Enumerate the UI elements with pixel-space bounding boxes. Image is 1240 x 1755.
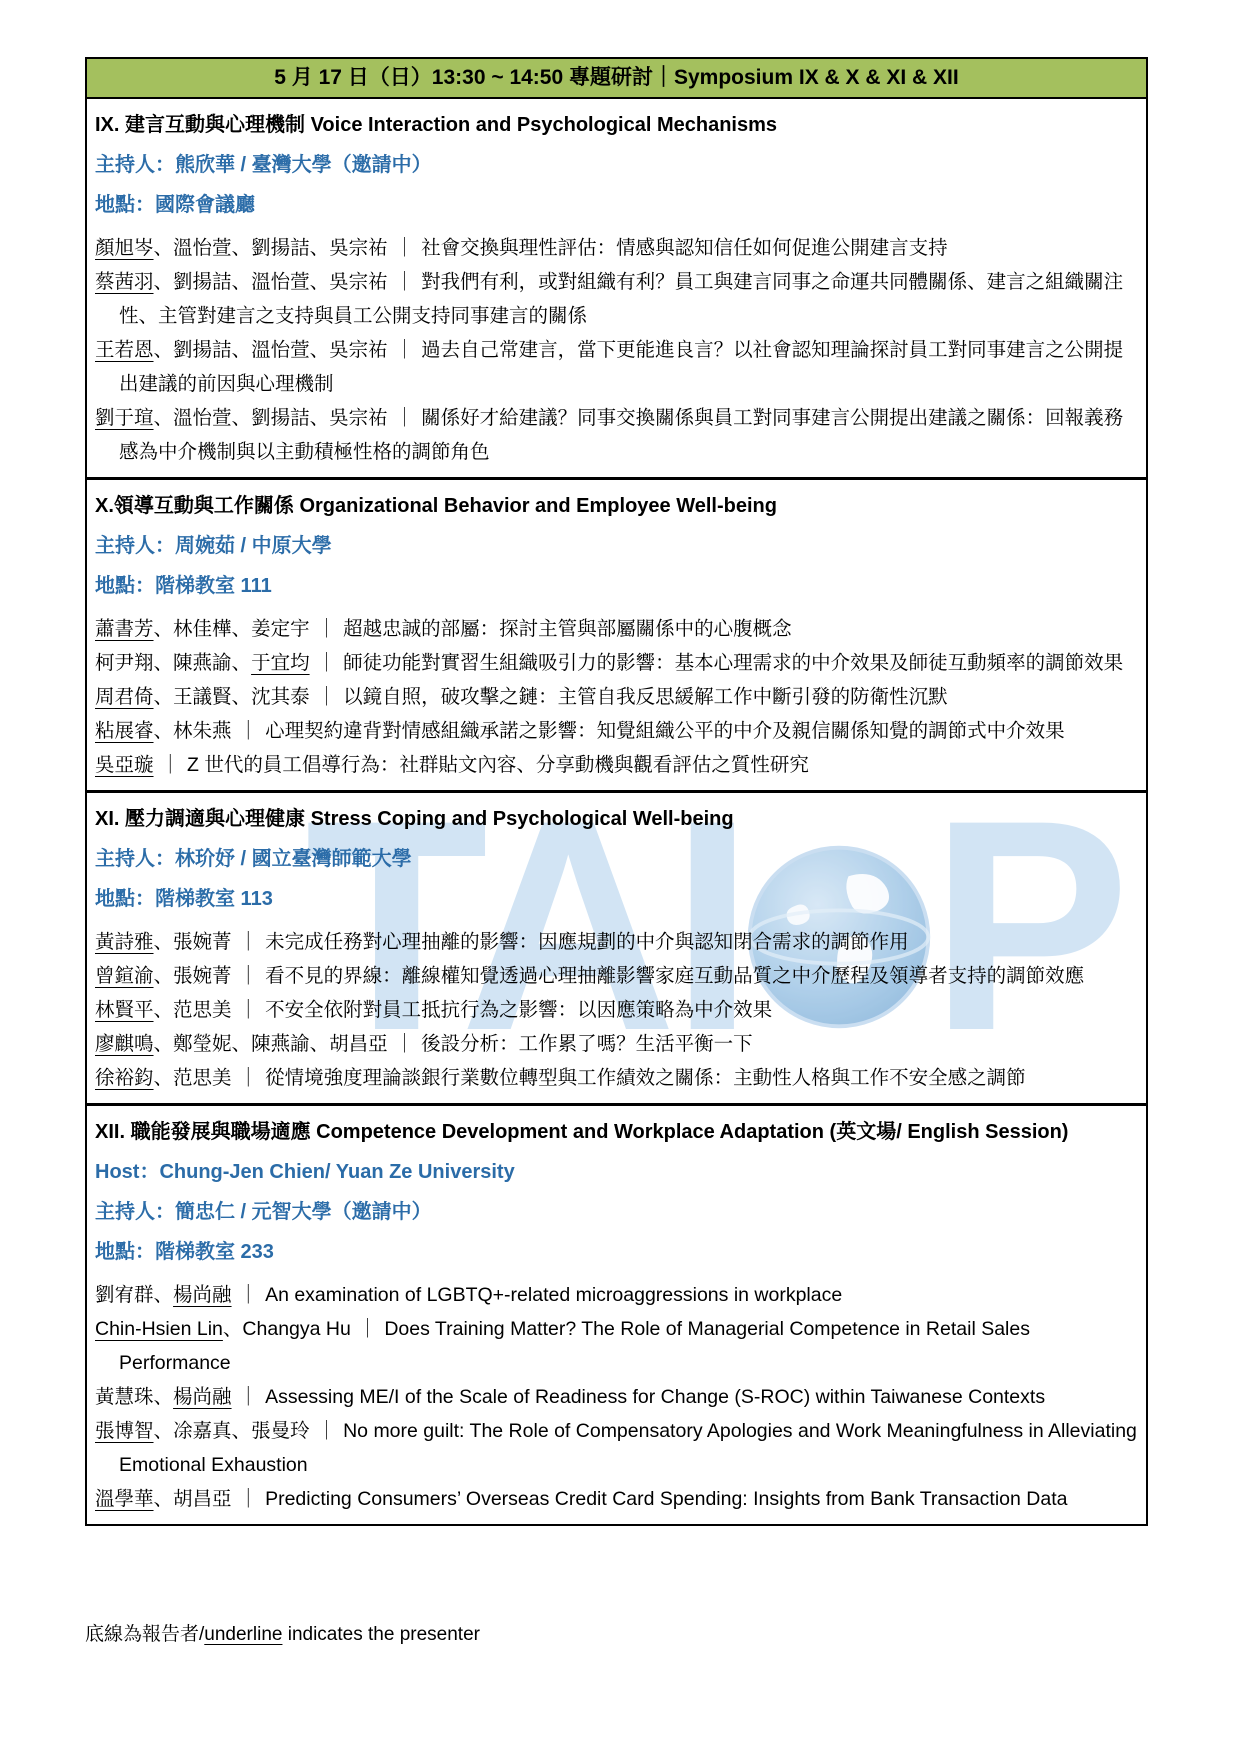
author-name: 溫怡萱 [173, 237, 232, 259]
paper-list: 劉宥群、楊尚融｜An examination of LGBTQ+-related… [95, 1278, 1138, 1516]
author-name: 柯尹翔 [95, 652, 154, 674]
paper-title: An examination of LGBTQ+-related microag… [265, 1284, 842, 1306]
pipe-separator: ｜ [358, 1318, 378, 1340]
author-name: 溫怡萱 [251, 271, 310, 293]
host-line: Host：Chung-Jen Chien/ Yuan Ze University [95, 1158, 1138, 1186]
paper-title: Predicting Consumers’ Overseas Credit Ca… [265, 1488, 1067, 1510]
presenter-name: 蕭書芳 [95, 618, 154, 640]
paper-title: 社會交換與理性評估：情感與認知信任如何促進公開建言支持 [421, 237, 948, 259]
author-name: 黃慧珠 [95, 1386, 154, 1408]
pipe-separator: ｜ [239, 931, 259, 953]
symposium-section: IX. 建言互動與心理機制 Voice Interaction and Psyc… [87, 99, 1146, 477]
paper-entry: 劉于瑄、溫怡萱、劉揚詰、吳宗祐｜關係好才給建議？同事交換關係與員工對同事建言公開… [95, 401, 1138, 469]
paper-title: 不安全依附對員工抵抗行為之影響：以因應策略為中介效果 [265, 999, 772, 1021]
author-separator: 、 [154, 652, 174, 674]
author-separator: 、 [154, 931, 174, 953]
author-name: 胡昌亞 [173, 1488, 232, 1510]
footer-note: 底線為報告者/underline indicates the presenter [85, 1622, 480, 1648]
presenter-name: 楊尚融 [173, 1284, 232, 1306]
author-name: 張曼玲 [251, 1420, 310, 1442]
pipe-separator: ｜ [317, 618, 337, 640]
pipe-separator: ｜ [395, 339, 415, 361]
presenter-name: 于宜均 [251, 652, 310, 674]
author-separator: 、 [232, 271, 252, 293]
author-name: 陳燕諭 [251, 1033, 310, 1055]
presenter-name: 溫學華 [95, 1488, 154, 1510]
paper-entry: 徐裕鈞、范思美｜從情境強度理論談銀行業數位轉型與工作績效之關係：主動性人格與工作… [95, 1061, 1138, 1095]
author-separator: 、 [232, 1033, 252, 1055]
presenter-name: 粘展睿 [95, 720, 154, 742]
pipe-separator: ｜ [239, 965, 259, 987]
presenter-name: 黃詩雅 [95, 931, 154, 953]
author-separator: 、 [232, 1420, 252, 1442]
paper-entry: 黃慧珠、楊尚融｜Assessing ME/I of the Scale of R… [95, 1380, 1138, 1414]
pipe-separator: ｜ [317, 652, 337, 674]
paper-list: 顏旭岑、溫怡萱、劉揚詰、吳宗祐｜社會交換與理性評估：情感與認知信任如何促進公開建… [95, 231, 1138, 469]
chair-line: 主持人：林玠妤 / 國立臺灣師範大學 [95, 845, 1138, 873]
pipe-separator: ｜ [317, 686, 337, 708]
author-separator: 、 [232, 618, 252, 640]
pipe-separator: ｜ [317, 1420, 337, 1442]
presenter-name: Chin-Hsien Lin [95, 1318, 223, 1340]
pipe-separator: ｜ [239, 1284, 259, 1306]
paper-list: 黃詩雅、張婉菁｜未完成任務對心理抽離的影響：因應規劃的中介與認知閉合需求的調節作… [95, 925, 1138, 1095]
author-name: 林佳樺 [173, 618, 232, 640]
footer-prefix: 底線為報告者/ [85, 1624, 204, 1645]
author-separator: 、 [154, 1284, 174, 1306]
paper-entry: 王若恩、劉揚詰、溫怡萱、吳宗祐｜過去自己常建言，當下更能進良言？以社會認知理論探… [95, 333, 1138, 401]
paper-title: 心理契約違背對情感組織承諾之影響：知覺組織公平的中介及親信關係知覺的調節式中介效… [265, 720, 1065, 742]
presenter-name: 廖麒鳴 [95, 1033, 154, 1055]
author-separator: 、 [232, 339, 252, 361]
paper-entry: 劉宥群、楊尚融｜An examination of LGBTQ+-related… [95, 1278, 1138, 1312]
paper-list: 蕭書芳、林佳樺、姜定宇｜超越忠誠的部屬：探討主管與部屬關係中的心腹概念柯尹翔、陳… [95, 612, 1138, 782]
session-header: 5 月 17 日（日）13:30 ~ 14:50 專題研討｜Symposium … [87, 59, 1146, 99]
paper-title: 從情境強度理論談銀行業數位轉型與工作績效之關係：主動性人格與工作不安全感之調節 [265, 1067, 1026, 1089]
pipe-separator: ｜ [239, 1067, 259, 1089]
author-separator: 、 [154, 720, 174, 742]
author-name: 姜定宇 [251, 618, 310, 640]
paper-title: Assessing ME/I of the Scale of Readiness… [265, 1386, 1045, 1408]
location-line: 地點：階梯教室 113 [95, 885, 1138, 913]
location-line: 地點：國際會議廳 [95, 191, 1138, 219]
author-separator: 、 [154, 1488, 174, 1510]
author-separator: 、 [310, 1033, 330, 1055]
paper-entry: 吳亞璇｜Z 世代的員工倡導行為：社群貼文內容、分享動機與觀看評估之質性研究 [95, 748, 1138, 782]
footer-suffix: indicates the presenter [282, 1624, 480, 1645]
presenter-name: 劉于瑄 [95, 407, 154, 429]
presenter-name: 張博智 [95, 1420, 154, 1442]
symposium-section: XI. 壓力調適與心理健康 Stress Coping and Psycholo… [87, 790, 1146, 1103]
paper-entry: 蔡茜羽、劉揚詰、溫怡萱、吳宗祐｜對我們有利，或對組織有利？員工與建言同事之命運共… [95, 265, 1138, 333]
author-separator: 、 [223, 1318, 243, 1340]
symposium-section: X.領導互動與工作關係 Organizational Behavior and … [87, 477, 1146, 790]
paper-title: 以鏡自照，破攻擊之鏈：主管自我反思緩解工作中斷引發的防衛性沉默 [343, 686, 948, 708]
author-name: 林朱燕 [173, 720, 232, 742]
paper-entry: 顏旭岑、溫怡萱、劉揚詰、吳宗祐｜社會交換與理性評估：情感與認知信任如何促進公開建… [95, 231, 1138, 265]
author-separator: 、 [154, 1386, 174, 1408]
author-separator: 、 [232, 652, 252, 674]
author-name: 張婉菁 [173, 931, 232, 953]
presenter-name: 顏旭岑 [95, 237, 154, 259]
paper-title: 看不見的界線：離線權知覺透過心理抽離影響家庭互動品質之中介歷程及領導者支持的調節… [265, 965, 1084, 987]
author-separator: 、 [154, 999, 174, 1021]
presenter-name: 楊尚融 [173, 1386, 232, 1408]
author-separator: 、 [232, 237, 252, 259]
paper-entry: 粘展睿、林朱燕｜心理契約違背對情感組織承諾之影響：知覺組織公平的中介及親信關係知… [95, 714, 1138, 748]
paper-title: 超越忠誠的部屬：探討主管與部屬關係中的心腹概念 [343, 618, 792, 640]
author-name: 溫怡萱 [251, 339, 310, 361]
paper-entry: 曾鍹渝、張婉菁｜看不見的界線：離線權知覺透過心理抽離影響家庭互動品質之中介歷程及… [95, 959, 1138, 993]
author-name: Changya Hu [242, 1318, 350, 1340]
pipe-separator: ｜ [395, 1033, 415, 1055]
author-name: 范思美 [173, 999, 232, 1021]
chair-line: 主持人：熊欣華 / 臺灣大學（邀請中） [95, 151, 1138, 179]
author-separator: 、 [154, 686, 174, 708]
author-separator: 、 [154, 965, 174, 987]
chair-line: 主持人：周婉茹 / 中原大學 [95, 532, 1138, 560]
author-name: 劉揚詰 [173, 271, 232, 293]
pipe-separator: ｜ [395, 271, 415, 293]
paper-entry: 黃詩雅、張婉菁｜未完成任務對心理抽離的影響：因應規劃的中介與認知閉合需求的調節作… [95, 925, 1138, 959]
author-separator: 、 [154, 1033, 174, 1055]
paper-entry: 柯尹翔、陳燕諭、于宜均｜師徒功能對實習生組織吸引力的影響：基本心理需求的中介效果… [95, 646, 1138, 680]
presenter-name: 周君倚 [95, 686, 154, 708]
section-title: IX. 建言互動與心理機制 Voice Interaction and Psyc… [95, 111, 1138, 139]
author-name: 胡昌亞 [329, 1033, 388, 1055]
author-separator: 、 [154, 1067, 174, 1089]
location-line: 地點：階梯教室 111 [95, 572, 1138, 600]
paper-entry: 廖麒鳴、鄭瑩妮、陳燕諭、胡昌亞｜後設分析：工作累了嗎？生活平衡一下 [95, 1027, 1138, 1061]
symposium-section: XII. 職能發展與職場適應 Competence Development an… [87, 1103, 1146, 1524]
paper-entry: 溫學華、胡昌亞｜Predicting Consumers’ Overseas C… [95, 1482, 1138, 1516]
author-name: 沈其泰 [251, 686, 310, 708]
author-name: 吳宗祐 [329, 339, 388, 361]
pipe-separator: ｜ [161, 754, 181, 776]
author-separator: 、 [154, 339, 174, 361]
section-title: X.領導互動與工作關係 Organizational Behavior and … [95, 492, 1138, 520]
presenter-name: 蔡茜羽 [95, 271, 154, 293]
author-name: 范思美 [173, 1067, 232, 1089]
author-name: 溫怡萱 [173, 407, 232, 429]
program-table: 5 月 17 日（日）13:30 ~ 14:50 專題研討｜Symposium … [85, 57, 1148, 1526]
author-name: 吳宗祐 [329, 271, 388, 293]
author-name: 王議賢 [173, 686, 232, 708]
author-separator: 、 [154, 1420, 174, 1442]
author-separator: 、 [310, 339, 330, 361]
author-separator: 、 [232, 686, 252, 708]
author-separator: 、 [154, 271, 174, 293]
paper-title: 後設分析：工作累了嗎？生活平衡一下 [421, 1033, 753, 1055]
location-line: 地點：階梯教室 233 [95, 1238, 1138, 1266]
presenter-name: 曾鍹渝 [95, 965, 154, 987]
author-separator: 、 [154, 237, 174, 259]
author-separator: 、 [232, 407, 252, 429]
author-name: 劉宥群 [95, 1284, 154, 1306]
author-name: 張婉菁 [173, 965, 232, 987]
author-name: 劉揚詰 [173, 339, 232, 361]
paper-entry: Chin-Hsien Lin、Changya Hu｜Does Training … [95, 1312, 1138, 1380]
presenter-name: 徐裕鈞 [95, 1067, 154, 1089]
author-name: 劉揚詰 [251, 407, 310, 429]
presenter-name: 林賢平 [95, 999, 154, 1021]
section-title: XI. 壓力調適與心理健康 Stress Coping and Psycholo… [95, 805, 1138, 833]
footer-underlined-word: underline [204, 1624, 282, 1645]
program-page: TAI P 5 月 17 日（日）13:30 ~ 14:50 專題研討｜S [0, 0, 1240, 1755]
author-name: 鄭瑩妮 [173, 1033, 232, 1055]
paper-entry: 蕭書芳、林佳樺、姜定宇｜超越忠誠的部屬：探討主管與部屬關係中的心腹概念 [95, 612, 1138, 646]
author-name: 凃嘉真 [173, 1420, 232, 1442]
author-name: 劉揚詰 [251, 237, 310, 259]
pipe-separator: ｜ [395, 237, 415, 259]
paper-title: Z 世代的員工倡導行為：社群貼文內容、分享動機與觀看評估之質性研究 [187, 754, 809, 776]
presenter-name: 王若恩 [95, 339, 154, 361]
pipe-separator: ｜ [239, 1488, 259, 1510]
paper-entry: 張博智、凃嘉真、張曼玲｜No more guilt: The Role of C… [95, 1414, 1138, 1482]
pipe-separator: ｜ [239, 999, 259, 1021]
author-separator: 、 [154, 407, 174, 429]
paper-entry: 周君倚、王議賢、沈其泰｜以鏡自照，破攻擊之鏈：主管自我反思緩解工作中斷引發的防衛… [95, 680, 1138, 714]
sections: IX. 建言互動與心理機制 Voice Interaction and Psyc… [87, 99, 1146, 1524]
author-name: 吳宗祐 [329, 237, 388, 259]
paper-title: 未完成任務對心理抽離的影響：因應規劃的中介與認知閉合需求的調節作用 [265, 931, 909, 953]
author-name: 陳燕諭 [173, 652, 232, 674]
chair-line: 主持人：簡忠仁 / 元智大學（邀請中） [95, 1198, 1138, 1226]
author-separator: 、 [310, 407, 330, 429]
pipe-separator: ｜ [395, 407, 415, 429]
author-separator: 、 [154, 618, 174, 640]
presenter-name: 吳亞璇 [95, 754, 154, 776]
author-name: 吳宗祐 [329, 407, 388, 429]
pipe-separator: ｜ [239, 1386, 259, 1408]
paper-title: 師徒功能對實習生組織吸引力的影響：基本心理需求的中介效果及師徒互動頻率的調節效果 [343, 652, 1123, 674]
author-separator: 、 [310, 237, 330, 259]
section-title: XII. 職能發展與職場適應 Competence Development an… [95, 1118, 1138, 1146]
paper-entry: 林賢平、范思美｜不安全依附對員工抵抗行為之影響：以因應策略為中介效果 [95, 993, 1138, 1027]
pipe-separator: ｜ [239, 720, 259, 742]
author-separator: 、 [310, 271, 330, 293]
